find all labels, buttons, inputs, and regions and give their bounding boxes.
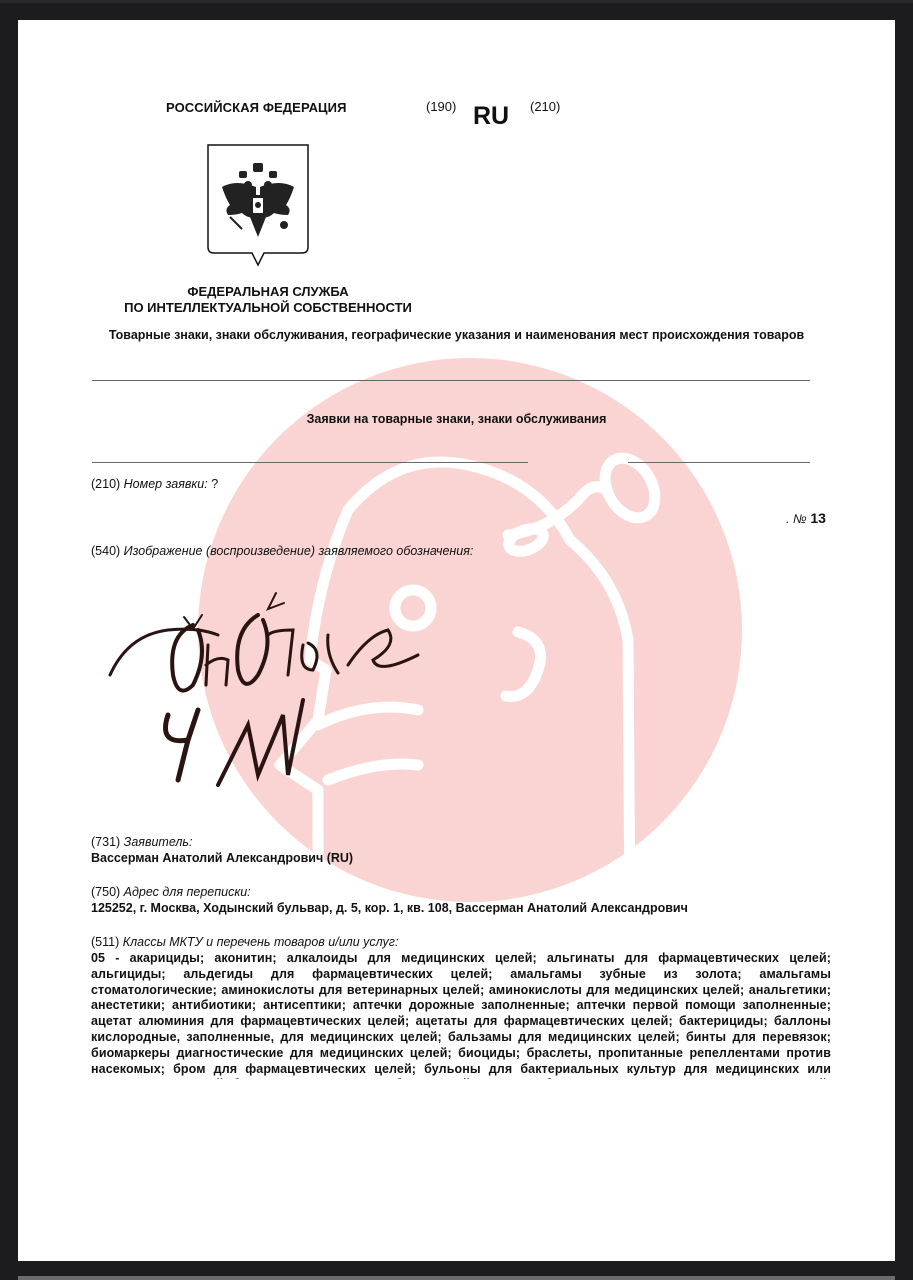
agency-line-1: ФЕДЕРАЛЬНАЯ СЛУЖБА <box>98 284 438 300</box>
application-number-label: (210) Номер заявки: <box>91 477 211 491</box>
document-page: РОССИЙСКАЯ ФЕДЕРАЦИЯ (190) RU (210) <box>18 20 895 1261</box>
bulletin-prefix: . № <box>786 512 806 526</box>
viewer-top-strip <box>0 0 913 3</box>
country-name: РОССИЙСКАЯ ФЕДЕРАЦИЯ <box>166 100 347 115</box>
publication-subtitle: Товарные знаки, знаки обслуживания, геог… <box>18 328 895 342</box>
goods-list: 05 - акарициды; аконитин; алкалоиды для … <box>91 951 831 1079</box>
nice-classes-label: (511) Классы МКТУ и перечень товаров и/и… <box>91 935 398 949</box>
calligraphic-wordmark-image <box>98 575 428 805</box>
application-number-value: ? <box>211 477 218 491</box>
divider <box>628 462 810 463</box>
correspondence-address: 125252, г. Москва, Ходынский бульвар, д.… <box>91 901 688 915</box>
applicant-name: Вассерман Анатолий Александрович (RU) <box>91 851 353 865</box>
divider <box>92 380 810 381</box>
address-label: (750) Адрес для переписки: <box>91 885 251 899</box>
next-page-edge <box>18 1276 895 1280</box>
application-number: (210) Номер заявки: ? <box>91 477 218 491</box>
divider <box>92 462 528 463</box>
section-title: Заявки на товарные знаки, знаки обслужив… <box>18 412 895 426</box>
agency-line-2: ПО ИНТЕЛЛЕКТУАЛЬНОЙ СОБСТВЕННОСТИ <box>98 300 438 316</box>
russian-coat-of-arms-icon <box>206 143 310 267</box>
bulletin-number: . № 13 <box>786 510 826 526</box>
agency-name: ФЕДЕРАЛЬНАЯ СЛУЖБА ПО ИНТЕЛЛЕКТУАЛЬНОЙ С… <box>98 284 438 316</box>
bulletin-number-value: 13 <box>810 510 826 526</box>
inid-code-190: (190) <box>426 99 456 114</box>
application-number-caption: Номер заявки: <box>124 477 208 491</box>
country-code: RU <box>473 102 509 131</box>
applicant-label: (731) Заявитель: <box>91 835 192 849</box>
inid-code-210: (210) <box>530 99 560 114</box>
mark-image-label: (540) Изображение (воспроизведение) заяв… <box>91 544 473 558</box>
